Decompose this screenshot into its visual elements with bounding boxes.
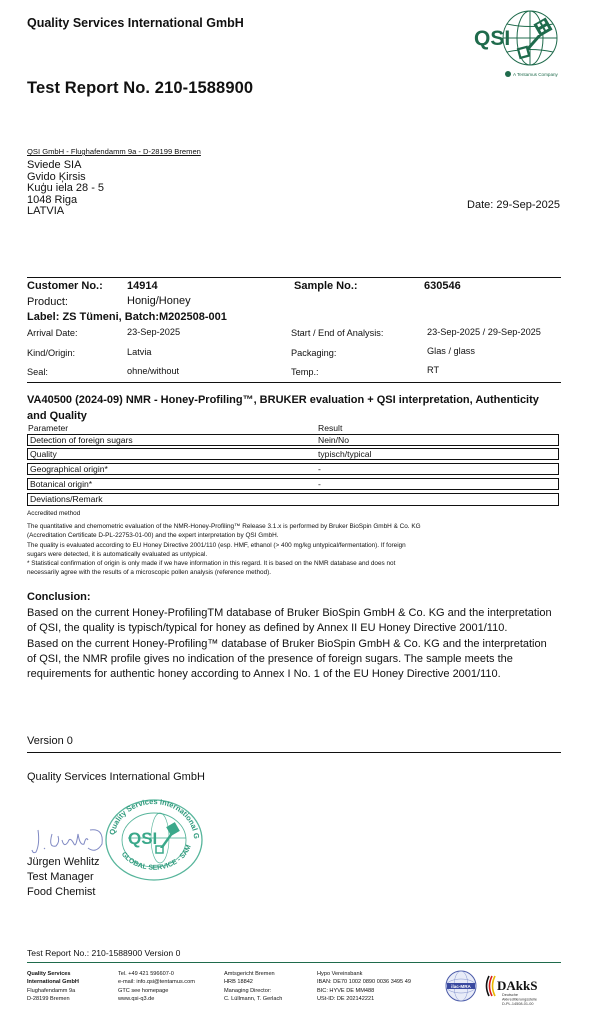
footer-line: Flughafendamm 9a (27, 987, 79, 995)
svg-text:DAkkS: DAkkS (497, 978, 537, 993)
analysis-label: Start / End of Analysis: (291, 328, 383, 338)
svg-text:ilac-MRA: ilac-MRA (451, 984, 471, 989)
footer-line: Quality Services (27, 970, 79, 978)
footer-report-ref: Test Report No.: 210-1588900 Version 0 (27, 948, 180, 958)
label-batch: Label: ZS Tümeni, Batch:M202508-001 (27, 311, 227, 323)
footer-line: C. Lüllmann, T. Gerlach (224, 995, 282, 1003)
svg-text:Akkreditierungsstelle: Akkreditierungsstelle (502, 998, 537, 1002)
footer-bank-info: Hypo Vereinsbank IBAN: DE70 1002 0890 00… (317, 970, 411, 1003)
temp-label: Temp.: (291, 367, 319, 377)
footer-line: HRB 18842 (224, 978, 282, 986)
accredited-note: Accredited method (27, 510, 80, 517)
note-line: (Accreditation Certificate D-PL-22753-01… (27, 531, 557, 540)
company-name: Quality Services International GmbH (27, 16, 244, 30)
table-row: Geographical origin* - (27, 463, 559, 475)
footer-email-link[interactable]: e-mail: info.qsi@tentamus.com (118, 978, 195, 986)
table-row: Quality typisch/typical (27, 448, 559, 460)
table-row: Botanical origin* - (27, 478, 559, 490)
seal-label: Seal: (27, 367, 48, 377)
recipient-line: Sviede SIA (27, 160, 104, 172)
product-label: Product: (27, 296, 68, 308)
column-header-parameter: Parameter (28, 423, 68, 433)
qsi-logo-icon: QSI A Tentamus Company (470, 8, 570, 80)
note-line: sugars were detected, it is automaticall… (27, 550, 557, 559)
parameter-cell: Botanical origin* (30, 479, 92, 489)
footer-line: D-28199 Bremen (27, 995, 79, 1003)
sample-no-value: 630546 (424, 280, 461, 292)
report-title: Test Report No. 210-1588900 (27, 79, 253, 98)
footer-line: GTC see homepage (118, 987, 195, 995)
parameter-cell: Deviations/Remark (30, 494, 103, 504)
product-value: Honig/Honey (127, 295, 191, 307)
arrival-date-label: Arrival Date: (27, 328, 78, 338)
divider (27, 382, 561, 383)
dakks-logo-icon: DAkkS Deutsche Akkreditierungsstelle D-P… (483, 970, 563, 1010)
footer-company-info: Quality Services International GmbH Flug… (27, 970, 79, 1003)
footer-line: BIC: HYVE DE MM488 (317, 987, 411, 995)
arrival-date-value: 23-Sep-2025 (127, 327, 180, 337)
divider (27, 277, 561, 278)
signature-company: Quality Services International GmbH (27, 771, 205, 783)
result-cell: - (318, 479, 321, 489)
signature-icon (30, 826, 110, 858)
footer-registry-info: Amtsgericht Bremen HRB 18842 Managing Di… (224, 970, 282, 1003)
packaging-label: Packaging: (291, 348, 336, 358)
note-line: The quantitative and chemometric evaluat… (27, 522, 557, 531)
svg-text:QSI: QSI (474, 27, 510, 50)
report-date: Date: 29-Sep-2025 (467, 199, 560, 211)
note-line: The quality is evaluated according to EU… (27, 541, 557, 550)
result-cell: Nein/No (318, 435, 349, 445)
conclusion-paragraph: Based on the current Honey-ProfilingTM d… (27, 606, 557, 637)
analysis-value: 23-Sep-2025 / 29-Sep-2025 (427, 327, 541, 337)
svg-text:D-PL-14508-01-00: D-PL-14508-01-00 (502, 1002, 533, 1006)
conclusion-heading: Conclusion: (27, 591, 91, 603)
ilac-mra-seal-icon: ilac-MRA (445, 970, 477, 1002)
svg-text:QSI: QSI (128, 829, 157, 848)
recipient-line: LATVIA (27, 206, 104, 218)
customer-no-label: Customer No.: (27, 280, 103, 292)
method-title: VA40500 (2024-09) NMR - Honey-Profiling™… (27, 392, 547, 424)
conclusion-paragraph: Based on the current Honey-Profiling™ da… (27, 637, 557, 683)
signer-block: Jürgen Wehlitz Test Manager Food Chemist (27, 855, 100, 900)
footer-line: Amtsgericht Bremen (224, 970, 282, 978)
result-cell: - (318, 464, 321, 474)
footer-website-link[interactable]: www.qsi-q3.de (118, 995, 195, 1003)
signer-name: Jürgen Wehlitz (27, 855, 100, 870)
divider (27, 752, 561, 753)
footer-line: USt-ID: DE 202142221 (317, 995, 411, 1003)
note-line: * Statistical confirmation of origin is … (27, 559, 557, 568)
footer-divider (27, 962, 561, 963)
footer-line: IBAN: DE70 1002 0890 0036 3495 49 (317, 978, 411, 986)
conclusion-text: Based on the current Honey-ProfilingTM d… (27, 606, 557, 682)
column-header-result: Result (318, 423, 342, 433)
version-label: Version 0 (27, 735, 73, 747)
footer-line: Tel. +49 421 596607-0 (118, 970, 195, 978)
temp-value: RT (427, 365, 439, 375)
parameter-cell: Geographical origin* (30, 464, 108, 474)
parameter-cell: Detection of foreign sugars (30, 435, 133, 445)
signer-role: Food Chemist (27, 885, 100, 900)
kind-origin-value: Latvia (127, 347, 152, 357)
recipient-address: Sviede SIA Gvido Ķirsis Kuģu iela 28 - 5… (27, 160, 104, 218)
svg-text:Deutsche: Deutsche (502, 993, 518, 997)
sender-address: QSI GmbH - Flughafendamm 9a - D-28199 Br… (27, 147, 201, 156)
company-stamp-icon: Quality Services International GmbH GLOB… (100, 796, 208, 882)
footer-line: Managing Director: (224, 987, 282, 995)
customer-no-value: 14914 (127, 280, 158, 292)
footer-line: Hypo Vereinsbank (317, 970, 411, 978)
packaging-value: Glas / glass (427, 346, 475, 356)
result-cell: typisch/typical (318, 449, 372, 459)
sample-no-label: Sample No.: (294, 280, 358, 292)
note-line: necessarily agree with the results of a … (27, 568, 557, 577)
seal-value: ohne/without (127, 366, 179, 376)
footer-contact-info: Tel. +49 421 596607-0 e-mail: info.qsi@t… (118, 970, 195, 1003)
method-notes: The quantitative and chemometric evaluat… (27, 522, 557, 578)
svg-text:A Tentamus Company: A Tentamus Company (513, 72, 559, 77)
kind-origin-label: Kind/Origin: (27, 348, 75, 358)
table-row: Detection of foreign sugars Nein/No (27, 434, 559, 446)
signer-role: Test Manager (27, 870, 100, 885)
parameter-cell: Quality (30, 449, 57, 459)
table-row: Deviations/Remark (27, 493, 559, 506)
footer-line: International GmbH (27, 978, 79, 986)
